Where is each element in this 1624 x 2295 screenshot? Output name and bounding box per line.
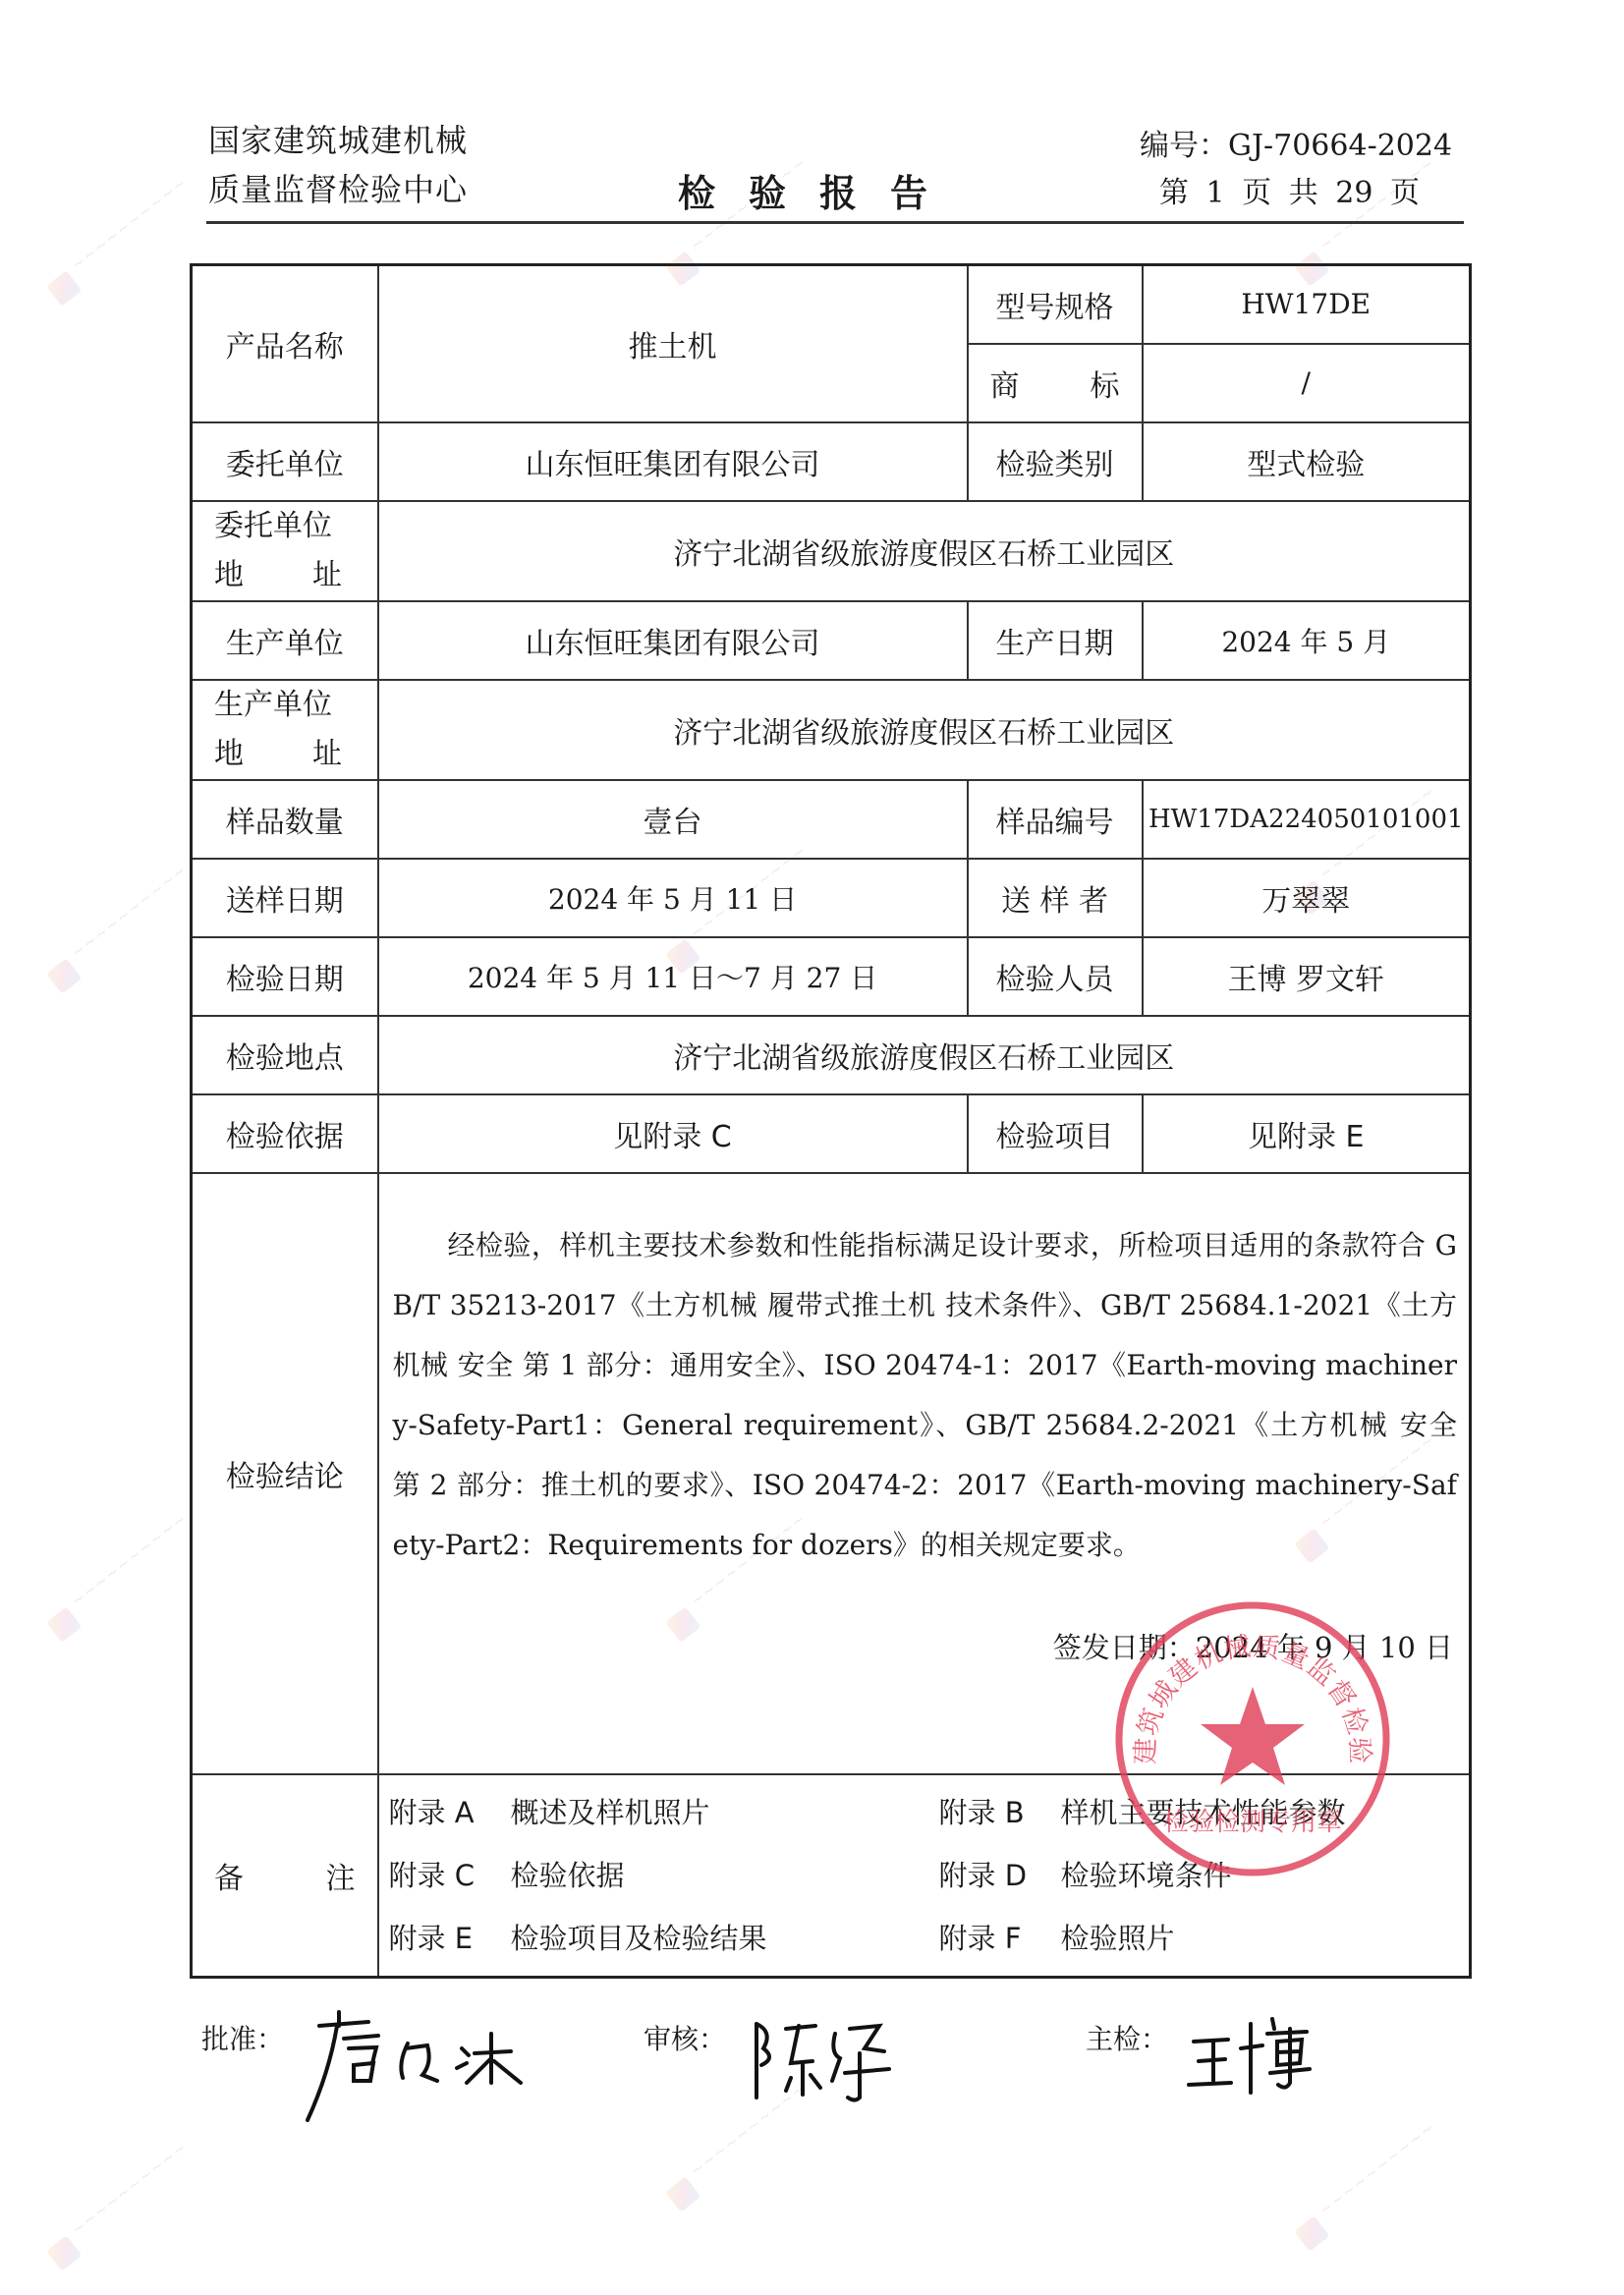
label-char: 址 [312,551,342,600]
conclusion-text: 经检验，样机主要技术参数和性能指标满足设计要求，所检项目适用的条款符合 GB/T… [393,1215,1458,1575]
table-row: 检验地点 济宁北湖省级旅游度假区石桥工业园区 [192,1016,1471,1094]
trademark-value: / [1143,344,1471,422]
watermark-text: ~~~~~~~~~~ [68,1508,192,1610]
approver-handwritten-signature-icon [300,2004,526,2122]
appendix-desc: 检验依据 [511,1859,625,1892]
label-char: 址 [312,730,342,779]
remarks-label-a: 备 [214,1854,244,1897]
client-address-label-line2: 地 址 [214,551,342,600]
report-number-label: 编号： [1140,129,1228,163]
appendix-code: 附录 A [389,1781,511,1844]
inspectors-label: 检验人员 [968,937,1143,1016]
watermark-text: ~~~~~~~~~~ [68,860,192,962]
appendix-code: 附录 C [389,1844,511,1907]
report-meta: 编号：GJ-70664-2024 第 1 页 共 29 页 [1140,123,1452,217]
appendix-item-d: 附录 D检验环境条件 [939,1844,1470,1907]
watermark-logo-icon [665,2176,700,2211]
watermark-logo-icon [46,958,82,993]
trademark-label-b: 标 [1091,362,1120,405]
inspection-type-value: 型式检验 [1143,422,1471,501]
chief-inspector-signature: 主检： [1086,2004,1321,2122]
inspectors-value: 王博 罗文轩 [1143,937,1471,1016]
appendix-code: 附录 D [939,1844,1061,1907]
remarks-label-b: 注 [326,1854,356,1897]
product-name-label: 产品名称 [192,265,378,422]
table-row: 样品数量 壹台 样品编号 HW17DA224050101001 [192,780,1471,859]
manufacturer-address-label: 生产单位 地 址 [192,680,378,780]
header-divider [206,221,1464,224]
product-name-value: 推土机 [378,265,968,422]
inspection-basis-value: 见附录 C [378,1094,968,1173]
appendix-list: 附录 A概述及样机照片 附录 B样机主要技术性能参数 附录 C检验依据 附录 D… [379,1775,1470,1976]
report-title: 检验报告 [678,163,961,217]
table-row: 检验依据 见附录 C 检验项目 见附录 E [192,1094,1471,1173]
conclusion-label: 检验结论 [192,1173,378,1774]
sample-no-value: HW17DA224050101001 [1143,780,1471,859]
sample-no-label: 样品编号 [968,780,1143,859]
inspection-site-label: 检验地点 [192,1016,378,1094]
table-row: 检验结论 经检验，样机主要技术参数和性能指标满足设计要求，所检项目适用的条款符合… [192,1173,1471,1774]
appendix-item-c: 附录 C检验依据 [389,1844,939,1907]
inspection-basis-label: 检验依据 [192,1094,378,1173]
remarks-cell: 附录 A概述及样机照片 附录 B样机主要技术性能参数 附录 C检验依据 附录 D… [378,1774,1471,1978]
report-number-value: GJ-70664-2024 [1228,129,1452,163]
production-date-label: 生产日期 [968,601,1143,680]
watermark-logo-icon [46,2235,82,2270]
appendix-code: 附录 F [939,1907,1061,1970]
approver-signature: 批准： [201,2004,526,2122]
page-info: 第 1 页 共 29 页 [1140,170,1452,217]
table-row: 产品名称 推土机 型号规格 HW17DE [192,265,1471,344]
manufacturer-address-label-line2: 地 址 [214,730,342,779]
watermark-text: ~~~~~~~~~~ [68,2137,192,2239]
appendix-desc: 概述及样机照片 [511,1796,710,1829]
table-row: 备 注 附录 A概述及样机照片 附录 B样机主要技术性能参数 附录 C检验依据 … [192,1774,1471,1978]
inspection-date-label: 检验日期 [192,937,378,1016]
appendix-code: 附录 B [939,1781,1061,1844]
client-address-label: 委托单位 地 址 [192,501,378,601]
client-address-label-line1: 委托单位 [214,502,377,551]
manufacturer-value: 山东恒旺集团有限公司 [378,601,968,680]
watermark-logo-icon [46,270,82,306]
reviewer-label: 审核： [644,2018,726,2057]
reviewer-handwritten-signature-icon [742,2004,899,2122]
inspection-site-value: 济宁北湖省级旅游度假区石桥工业园区 [378,1016,1471,1094]
chief-inspector-handwritten-signature-icon [1184,2004,1321,2122]
org-line-2: 质量监督检验中心 [208,165,468,214]
client-address-value: 济宁北湖省级旅游度假区石桥工业园区 [378,501,1471,601]
issue-date: 签发日期：2024 年 9 月 10 日 [393,1626,1458,1666]
table-row: 生产单位 地 址 济宁北湖省级旅游度假区石桥工业园区 [192,680,1471,780]
conclusion-cell: 经检验，样机主要技术参数和性能指标满足设计要求，所检项目适用的条款符合 GB/T… [378,1173,1471,1774]
table-row: 委托单位 山东恒旺集团有限公司 检验类别 型式检验 [192,422,1471,501]
inspection-date-value: 2024 年 5 月 11 日～7 月 27 日 [378,937,968,1016]
table-row: 检验日期 2024 年 5 月 11 日～7 月 27 日 检验人员 王博 罗文… [192,937,1471,1016]
model-label: 型号规格 [968,265,1143,344]
inspection-items-label: 检验项目 [968,1094,1143,1173]
label-char: 地 [214,551,244,600]
table-row: 委托单位 地 址 济宁北湖省级旅游度假区石桥工业园区 [192,501,1471,601]
sample-qty-label: 样品数量 [192,780,378,859]
client-label: 委托单位 [192,422,378,501]
delivered-by-value: 万翠翠 [1143,859,1471,937]
delivery-date-value: 2024 年 5 月 11 日 [378,859,968,937]
appendix-desc: 样机主要技术性能参数 [1061,1796,1346,1829]
delivery-date-label: 送样日期 [192,859,378,937]
production-date-value: 2024 年 5 月 [1143,601,1471,680]
appendix-item-f: 附录 F检验照片 [939,1907,1470,1970]
watermark-text: ~~~~~~~~~~ [68,172,192,274]
table-row: 生产单位 山东恒旺集团有限公司 生产日期 2024 年 5 月 [192,601,1471,680]
appendix-item-a: 附录 A概述及样机照片 [389,1781,939,1844]
table-row: 送样日期 2024 年 5 月 11 日 送 样 者 万翠翠 [192,859,1471,937]
inspection-items-value: 见附录 E [1143,1094,1471,1173]
trademark-label: 商 标 [968,344,1143,422]
delivered-by-label: 送 样 者 [968,859,1143,937]
watermark-logo-icon [1294,2215,1329,2251]
trademark-label-a: 商 [990,362,1020,405]
watermark-text: ~~~~~~~~~~ [1316,2117,1439,2219]
chief-inspector-label: 主检： [1086,2018,1168,2057]
appendix-desc: 检验项目及检验结果 [511,1922,767,1955]
signature-area: 批准： 审核： 主检： [201,2004,1479,2132]
appendix-desc: 检验照片 [1061,1922,1175,1955]
org-line-1: 国家建筑城建机械 [208,116,468,165]
appendix-desc: 检验环境条件 [1061,1859,1232,1892]
report-number: 编号：GJ-70664-2024 [1140,123,1452,170]
manufacturer-address-label-line1: 生产单位 [214,681,377,730]
appendix-item-b: 附录 B样机主要技术性能参数 [939,1781,1470,1844]
model-value: HW17DE [1143,265,1471,344]
label-char: 地 [214,730,244,779]
inspection-type-label: 检验类别 [968,422,1143,501]
remarks-label: 备 注 [192,1774,378,1978]
manufacturer-address-value: 济宁北湖省级旅游度假区石桥工业园区 [378,680,1471,780]
client-value: 山东恒旺集团有限公司 [378,422,968,501]
watermark-logo-icon [46,1606,82,1642]
reviewer-signature: 审核： [644,2004,899,2122]
issuing-organization: 国家建筑城建机械 质量监督检验中心 [208,116,468,214]
manufacturer-label: 生产单位 [192,601,378,680]
appendix-code: 附录 E [389,1907,511,1970]
sample-qty-value: 壹台 [378,780,968,859]
appendix-item-e: 附录 E检验项目及检验结果 [389,1907,939,1970]
report-table: 产品名称 推土机 型号规格 HW17DE 商 标 / 委托单位 山东恒旺集团有限… [190,263,1472,1979]
approver-label: 批准： [201,2018,284,2057]
